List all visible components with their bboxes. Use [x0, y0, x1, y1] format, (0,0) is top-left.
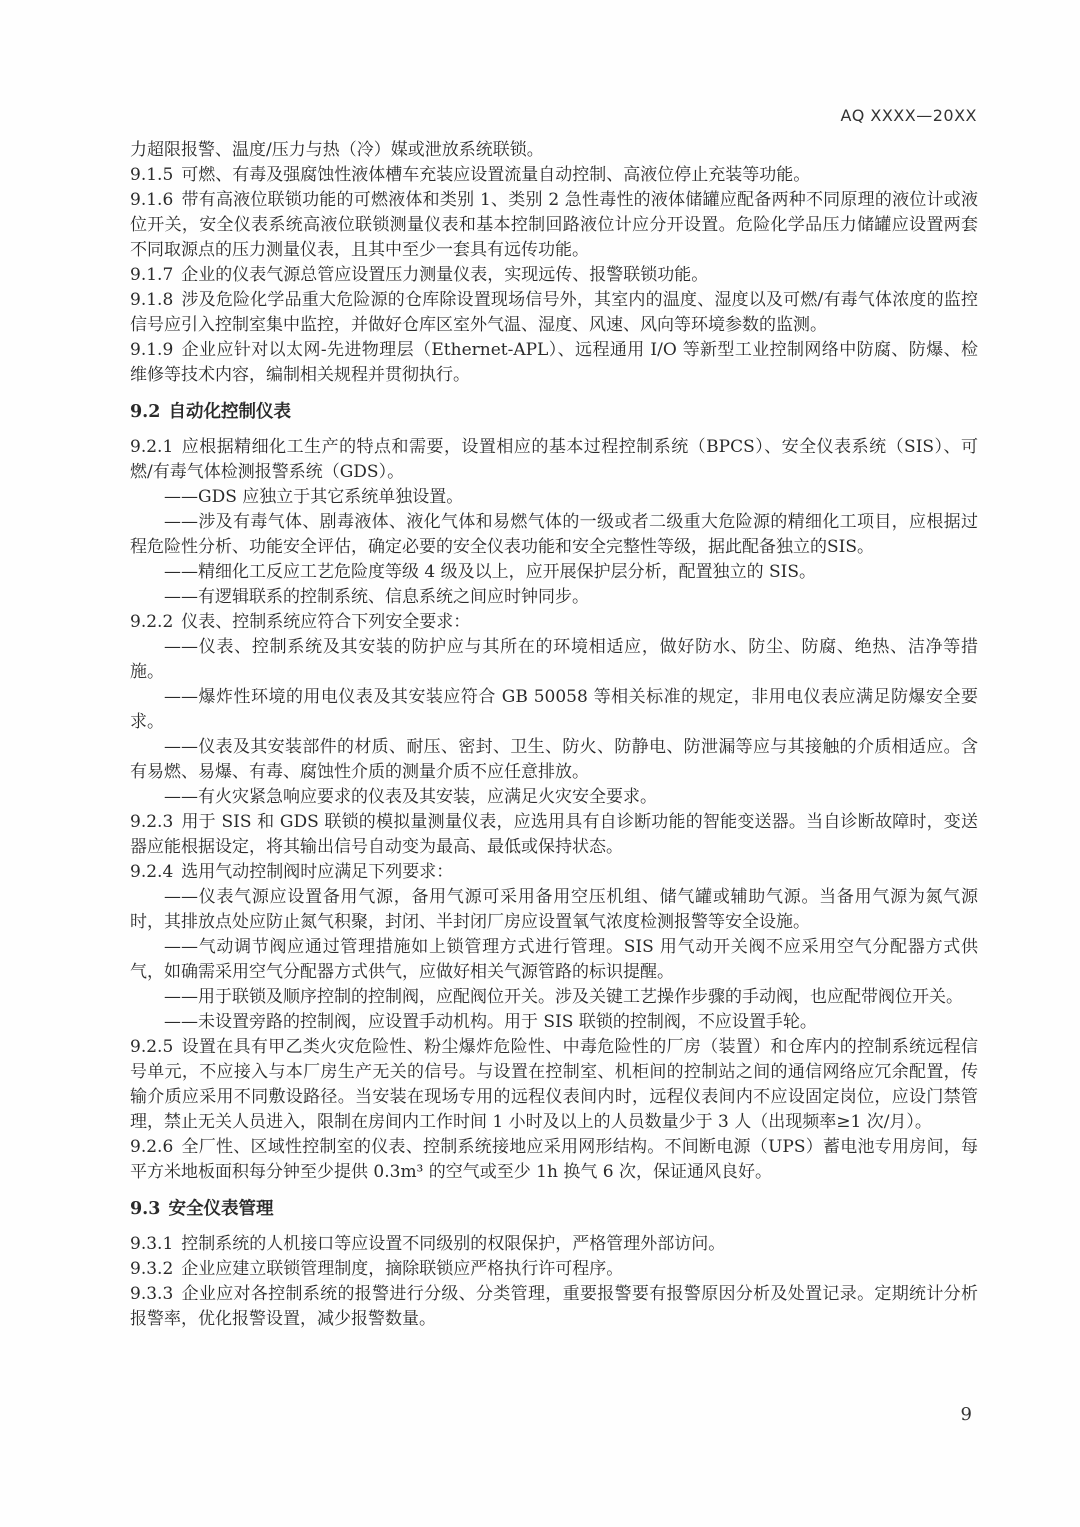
list-item: ——用于联锁及顺序控制的控制阀，应配阀位开关。涉及关键工艺操作步骤的手动阀，也应…	[130, 985, 978, 1010]
clause-9-2-1: 9.2.1应根据精细化工生产的特点和需要，设置相应的基本过程控制系统（BPCS）…	[130, 435, 978, 485]
document-code: AQ XXXX—20XX	[841, 106, 977, 125]
list-item: ——未设置旁路的控制阀，应设置手动机构。用于 SIS 联锁的控制阀，不应设置手轮…	[130, 1010, 978, 1035]
document-body: 力超限报警、温度/压力与热（冷）媒或泄放系统联锁。 9.1.5可燃、有毒及强腐蚀…	[130, 138, 978, 1332]
list-item: ——仪表气源应设置备用气源，备用气源可采用备用空压机组、储气罐或辅助气源。当备用…	[130, 885, 978, 935]
list-item: ——气动调节阀应通过管理措施如上锁管理方式进行管理。SIS 用气动开关阀不应采用…	[130, 935, 978, 985]
clause-9-2-2: 9.2.2仪表、控制系统应符合下列安全要求：	[130, 610, 978, 635]
list-item: ——有火灾紧急响应要求的仪表及其安装，应满足火灾安全要求。	[130, 785, 978, 810]
clause-9-2-4: 9.2.4选用气动控制阀时应满足下列要求：	[130, 860, 978, 885]
clause-9-1-9: 9.1.9企业应针对以太网-先进物理层（Ethernet-APL）、远程通用 I…	[130, 338, 978, 388]
clause-9-3-2: 9.3.2企业应建立联锁管理制度，摘除联锁应严格执行许可程序。	[130, 1257, 978, 1282]
list-item: ——精细化工反应工艺危险度等级 4 级及以上，应开展保护层分析，配置独立的 SI…	[130, 560, 978, 585]
document-page: AQ XXXX—20XX 力超限报警、温度/压力与热（冷）媒或泄放系统联锁。 9…	[0, 0, 1080, 1527]
list-item: ——涉及有毒气体、剧毒液体、液化气体和易燃气体的一级或者二级重大危险源的精细化工…	[130, 510, 978, 560]
clause-9-2-3: 9.2.3用于 SIS 和 GDS 联锁的模拟量测量仪表，应选用具有自诊断功能的…	[130, 810, 978, 860]
clause-9-1-6: 9.1.6带有高液位联锁功能的可燃液体和类别 1、类别 2 急性毒性的液体储罐应…	[130, 188, 978, 263]
list-item: ——仪表、控制系统及其安装的防护应与其所在的环境相适应，做好防水、防尘、防腐、绝…	[130, 635, 978, 685]
clause-9-3-1: 9.3.1控制系统的人机接口等应设置不同级别的权限保护，严格管理外部访问。	[130, 1232, 978, 1257]
clause-9-1-8: 9.1.8涉及危险化学品重大危险源的仓库除设置现场信号外，其室内的温度、湿度以及…	[130, 288, 978, 338]
clause-9-1-7: 9.1.7企业的仪表气源总管应设置压力测量仪表，实现远传、报警联锁功能。	[130, 263, 978, 288]
page-number: 9	[961, 1404, 972, 1425]
section-heading-9-2: 9.2自动化控制仪表	[130, 400, 978, 425]
clause-9-3-3: 9.3.3企业应对各控制系统的报警进行分级、分类管理，重要报警要有报警原因分析及…	[130, 1282, 978, 1332]
clause-9-2-6: 9.2.6全厂性、区域性控制室的仪表、控制系统接地应采用网形结构。不间断电源（U…	[130, 1135, 978, 1185]
clause-9-2-5: 9.2.5设置在具有甲乙类火灾危险性、粉尘爆炸危险性、中毒危险性的厂房（装置）和…	[130, 1035, 978, 1135]
list-item: ——有逻辑联系的控制系统、信息系统之间应时钟同步。	[130, 585, 978, 610]
list-item: ——GDS 应独立于其它系统单独设置。	[130, 485, 978, 510]
paragraph: 力超限报警、温度/压力与热（冷）媒或泄放系统联锁。	[130, 138, 978, 163]
section-heading-9-3: 9.3安全仪表管理	[130, 1197, 978, 1222]
list-item: ——仪表及其安装部件的材质、耐压、密封、卫生、防火、防静电、防泄漏等应与其接触的…	[130, 735, 978, 785]
clause-9-1-5: 9.1.5可燃、有毒及强腐蚀性液体槽车充装应设置流量自动控制、高液位停止充装等功…	[130, 163, 978, 188]
list-item: ——爆炸性环境的用电仪表及其安装应符合 GB 50058 等相关标准的规定，非用…	[130, 685, 978, 735]
